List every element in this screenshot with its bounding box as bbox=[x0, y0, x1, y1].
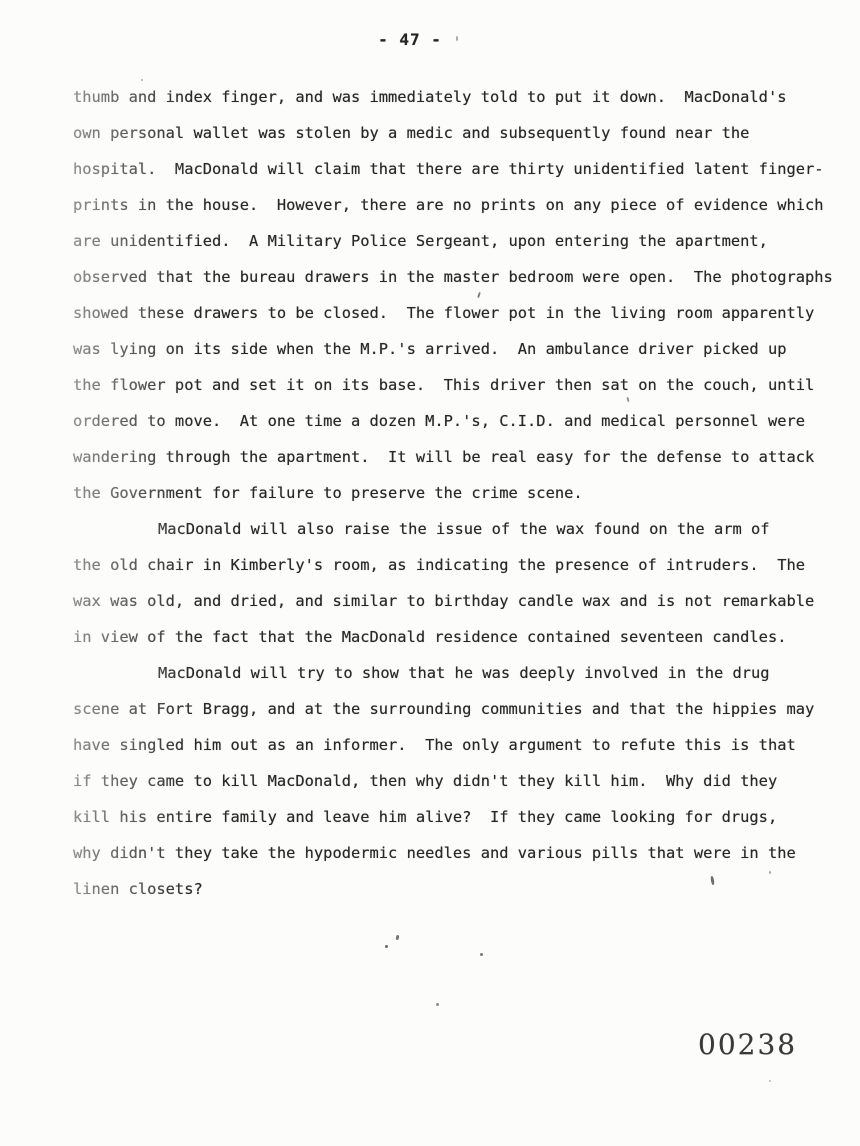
text-line: MacDonald will also raise the issue of t… bbox=[73, 511, 845, 547]
text-line: linen closets? bbox=[73, 871, 845, 907]
text-line: kill his entire family and leave him ali… bbox=[73, 799, 845, 835]
text-line: observed that the bureau drawers in the … bbox=[73, 259, 845, 295]
text-line: scene at Fort Bragg, and at the surround… bbox=[73, 691, 845, 727]
text-line: the old chair in Kimberly's room, as ind… bbox=[73, 547, 845, 583]
text-line: the Government for failure to preserve t… bbox=[73, 475, 845, 511]
document-page: - 47 - thumb and index finger, and was i… bbox=[0, 0, 860, 1146]
page-number: - 47 - bbox=[340, 30, 480, 49]
scan-speck bbox=[480, 953, 483, 956]
text-line: wax was old, and dried, and similar to b… bbox=[73, 583, 845, 619]
text-line: if they came to kill MacDonald, then why… bbox=[73, 763, 845, 799]
document-body: thumb and index finger, and was immediat… bbox=[73, 79, 845, 907]
text-line: have singled him out as an informer. The… bbox=[73, 727, 845, 763]
text-line: thumb and index finger, and was immediat… bbox=[73, 79, 845, 115]
scan-speck bbox=[385, 945, 388, 948]
text-line: in view of the fact that the MacDonald r… bbox=[73, 619, 845, 655]
text-line: showed these drawers to be closed. The f… bbox=[73, 295, 845, 331]
text-line: why didn't they take the hypodermic need… bbox=[73, 835, 845, 871]
scan-speck bbox=[769, 1080, 771, 1082]
text-line: the flower pot and set it on its base. T… bbox=[73, 367, 845, 403]
text-line: hospital. MacDonald will claim that ther… bbox=[73, 151, 845, 187]
text-line: ordered to move. At one time a dozen M.P… bbox=[73, 403, 845, 439]
text-line: own personal wallet was stolen by a medi… bbox=[73, 115, 845, 151]
text-line: prints in the house. However, there are … bbox=[73, 187, 845, 223]
text-line: are unidentified. A Military Police Serg… bbox=[73, 223, 845, 259]
bates-stamp-number: 00238 bbox=[698, 1028, 797, 1061]
text-line: MacDonald will try to show that he was d… bbox=[73, 655, 845, 691]
scan-speck bbox=[396, 935, 400, 941]
text-line: was lying on its side when the M.P.'s ar… bbox=[73, 331, 845, 367]
text-line: wandering through the apartment. It will… bbox=[73, 439, 845, 475]
scan-speck bbox=[436, 1003, 439, 1006]
